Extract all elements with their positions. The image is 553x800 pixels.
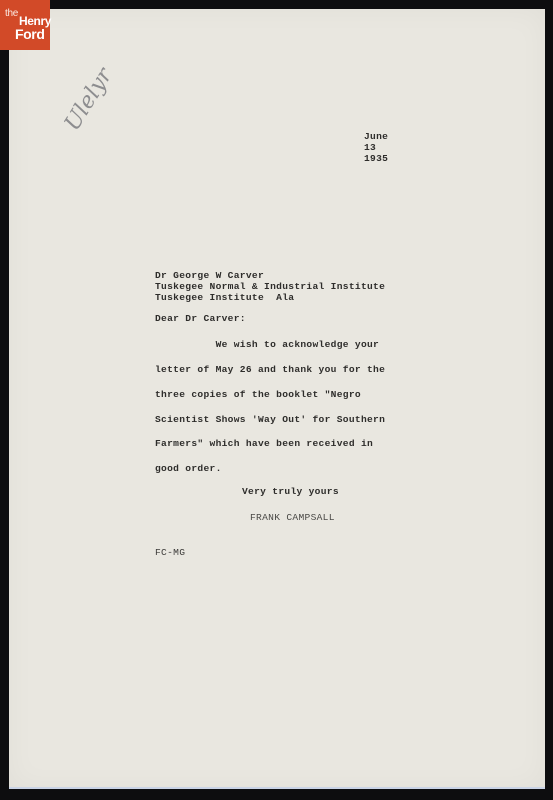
signature: FRANK CAMPSALL — [250, 512, 335, 523]
henry-ford-logo[interactable]: the Henry Ford — [0, 0, 50, 50]
page-edge — [9, 787, 545, 789]
salutation: Dear Dr Carver: — [155, 313, 246, 324]
body-line: three copies of the booklet "Negro — [155, 389, 361, 400]
handwritten-annotation: Ulelyr — [54, 80, 94, 130]
date-year: 1935 — [364, 153, 388, 164]
body-line: Farmers" which have been received in — [155, 438, 373, 449]
recipient-address: Dr George W Carver Tuskegee Normal & Ind… — [155, 270, 385, 303]
body-line: Scientist Shows 'Way Out' for Southern — [155, 414, 385, 425]
recipient-line: Tuskegee Normal & Industrial Institute — [155, 281, 385, 292]
logo-text-the: the — [5, 8, 18, 19]
body-line: letter of May 26 and thank you for the — [155, 364, 385, 375]
date-month: June — [364, 131, 388, 142]
body-line: good order. — [155, 463, 222, 474]
closing: Very truly yours — [242, 486, 339, 497]
date-day: 13 — [364, 142, 376, 153]
body-line: We wish to acknowledge your — [155, 339, 379, 350]
reference-initials: FC-MG — [155, 547, 185, 558]
logo-text-ford: Ford — [15, 26, 45, 42]
recipient-line: Tuskegee Institute Ala — [155, 292, 294, 303]
letter-date: June 13 1935 — [364, 131, 388, 164]
recipient-line: Dr George W Carver — [155, 270, 264, 281]
